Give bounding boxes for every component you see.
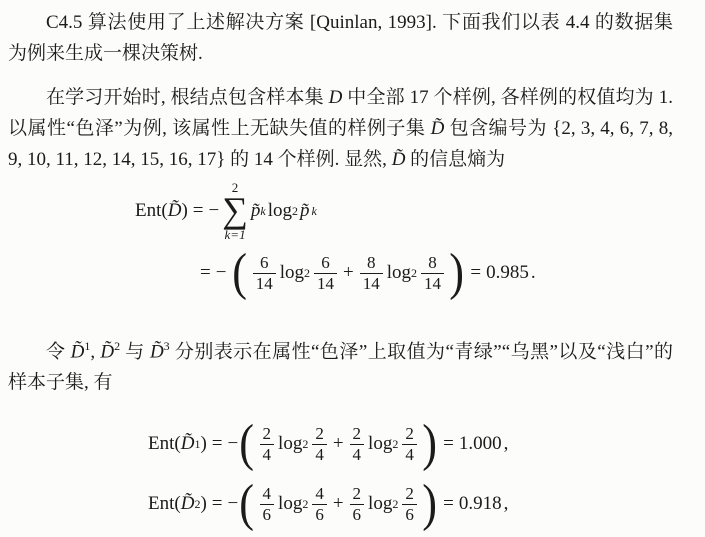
fraction-numerator: 4 bbox=[312, 484, 327, 504]
log-base-subscript: 2 bbox=[392, 497, 398, 512]
minus-sign: − bbox=[209, 200, 220, 222]
ent-function-label: Ent bbox=[148, 493, 174, 515]
log-label: log bbox=[387, 262, 411, 284]
fraction-denominator: 6 bbox=[350, 504, 365, 525]
d-tilde-variable: D̃ bbox=[150, 341, 164, 362]
fraction-numerator: 4 bbox=[260, 484, 275, 504]
fraction: 24 bbox=[260, 424, 275, 464]
fraction-numerator: 2 bbox=[312, 424, 327, 444]
fraction-denominator: 4 bbox=[260, 444, 275, 465]
equals-sign: = bbox=[212, 433, 223, 455]
fraction-numerator: 2 bbox=[260, 424, 275, 444]
paragraph-text: 的信息熵为 bbox=[405, 149, 505, 170]
d-tilde-variable: D̃ bbox=[431, 118, 445, 139]
equals-sign: = bbox=[193, 200, 204, 222]
result-value: 0.985 bbox=[486, 262, 529, 284]
equation-line-1: Ent(D̃) = − 2 ∑ k=1 p̃k log2 p̃k bbox=[135, 183, 673, 239]
sum-lower-limit: k=1 bbox=[225, 228, 246, 241]
fraction: 24 bbox=[402, 424, 417, 464]
fraction-numerator: 8 bbox=[364, 253, 379, 273]
log-label: log bbox=[368, 433, 392, 455]
plus-sign: + bbox=[333, 433, 344, 455]
equation-ent-d1: Ent(D̃1) = − ( 24 log2 24 + 24 log2 24 )… bbox=[148, 416, 673, 472]
close-paren: ) bbox=[181, 200, 187, 222]
fraction-numerator: 6 bbox=[318, 253, 333, 273]
fraction-numerator: 6 bbox=[257, 253, 272, 273]
fraction: 814 bbox=[421, 253, 444, 293]
fraction-denominator: 14 bbox=[360, 273, 383, 294]
fraction-numerator: 2 bbox=[350, 484, 365, 504]
fraction-numerator: 2 bbox=[402, 484, 417, 504]
k-subscript: k bbox=[312, 204, 317, 219]
equation-line-2: = − ( 614 log2 614 + 814 log2 814 ) = 0.… bbox=[200, 247, 673, 299]
log-base-subscript: 2 bbox=[411, 266, 417, 281]
paragraph-text: 在学习开始时, 根结点包含样本集 bbox=[46, 87, 329, 108]
trailing-punct: , bbox=[504, 433, 509, 455]
ent-function-label: Ent bbox=[135, 200, 161, 222]
log-base-subscript: 2 bbox=[304, 266, 310, 281]
d-variable: D bbox=[329, 87, 343, 108]
book-page: C4.5 算法使用了上述解决方案 [Quinlan, 1993]. 下面我们以表… bbox=[0, 0, 705, 537]
d-tilde-variable: D̃ bbox=[168, 200, 182, 222]
fraction-denominator: 6 bbox=[312, 504, 327, 525]
fraction-numerator: 2 bbox=[402, 424, 417, 444]
paragraph-text: 包含编号为 bbox=[444, 118, 552, 139]
fraction-denominator: 6 bbox=[260, 504, 275, 525]
log-base-subscript: 2 bbox=[292, 204, 298, 219]
fraction: 26 bbox=[402, 484, 417, 524]
paragraph-text: C4.5 算法使用了上述解决方案 [Quinlan, 1993]. 下面我们以表… bbox=[8, 12, 673, 64]
paragraph-root-node: 在学习开始时, 根结点包含样本集 D 中全部 17 个样例, 各样例的权值均为 … bbox=[8, 82, 673, 175]
result-value: 1.000 bbox=[459, 433, 502, 455]
fraction-denominator: 4 bbox=[350, 444, 365, 465]
d-tilde-variable: D̃ bbox=[392, 149, 406, 170]
paragraph-text: , bbox=[90, 341, 100, 362]
equals-sign: = bbox=[200, 262, 211, 284]
fraction: 814 bbox=[360, 253, 383, 293]
equals-sign: = bbox=[212, 493, 223, 515]
d-tilde-variable: D̃ bbox=[181, 433, 195, 455]
equation-group-subsets: Ent(D̃1) = − ( 24 log2 24 + 24 log2 24 )… bbox=[8, 416, 673, 532]
fraction: 614 bbox=[253, 253, 276, 293]
minus-sign: − bbox=[228, 493, 239, 515]
close-paren: ) bbox=[200, 493, 206, 515]
fraction-denominator: 14 bbox=[421, 273, 444, 294]
p-tilde-variable: p̃ bbox=[300, 200, 310, 222]
equation-ent-d2: Ent(D̃2) = − ( 46 log2 46 + 26 log2 26 )… bbox=[148, 476, 673, 532]
minus-sign: − bbox=[228, 433, 239, 455]
log-label: log bbox=[368, 493, 392, 515]
equals-sign: = bbox=[443, 493, 454, 515]
fraction: 24 bbox=[312, 424, 327, 464]
summation-symbol: ∑ bbox=[222, 195, 248, 226]
d-tilde-variable: D̃ bbox=[100, 341, 114, 362]
fraction-denominator: 4 bbox=[312, 444, 327, 465]
paragraph-text: 令 bbox=[46, 341, 71, 362]
log-base-subscript: 2 bbox=[392, 437, 398, 452]
log-label: log bbox=[268, 200, 292, 222]
result-value: 0.918 bbox=[459, 493, 502, 515]
paragraph-text: 的 14 个样例. 显然, bbox=[225, 149, 391, 170]
log-base-subscript: 2 bbox=[302, 497, 308, 512]
fraction-denominator: 14 bbox=[314, 273, 337, 294]
d-tilde-variable: D̃ bbox=[71, 341, 85, 362]
log-base-subscript: 2 bbox=[302, 437, 308, 452]
fraction-denominator: 6 bbox=[402, 504, 417, 525]
fraction-numerator: 2 bbox=[350, 424, 365, 444]
log-label: log bbox=[278, 433, 302, 455]
summation: 2 ∑ k=1 bbox=[222, 181, 248, 241]
fraction: 614 bbox=[314, 253, 337, 293]
fraction-denominator: 14 bbox=[253, 273, 276, 294]
log-label: log bbox=[278, 493, 302, 515]
fraction-denominator: 4 bbox=[402, 444, 417, 465]
fraction: 26 bbox=[350, 484, 365, 524]
paragraph-c45-intro: C4.5 算法使用了上述解决方案 [Quinlan, 1993]. 下面我们以表… bbox=[8, 7, 673, 69]
paragraph-subsets: 令 D̃1, D̃2 与 D̃3 分别表示在属性“色泽”上取值为“青绿”“乌黑”… bbox=[8, 331, 673, 398]
log-label: log bbox=[280, 262, 304, 284]
equation-ent-d: Ent(D̃) = − 2 ∑ k=1 p̃k log2 p̃k = − ( 6… bbox=[8, 183, 673, 299]
close-paren: ) bbox=[200, 433, 206, 455]
fraction-numerator: 8 bbox=[425, 253, 440, 273]
fraction: 46 bbox=[312, 484, 327, 524]
ent-function-label: Ent bbox=[148, 433, 174, 455]
plus-sign: + bbox=[343, 262, 354, 284]
fraction: 46 bbox=[260, 484, 275, 524]
fraction: 24 bbox=[350, 424, 365, 464]
minus-sign: − bbox=[216, 262, 227, 284]
plus-sign: + bbox=[333, 493, 344, 515]
trailing-punct: . bbox=[531, 262, 536, 284]
paragraph-text: 与 bbox=[120, 341, 150, 362]
trailing-punct: , bbox=[504, 493, 509, 515]
d-tilde-variable: D̃ bbox=[181, 493, 195, 515]
equals-sign: = bbox=[470, 262, 481, 284]
p-tilde-variable: p̃ bbox=[251, 200, 261, 222]
k-subscript: k bbox=[260, 204, 265, 219]
equals-sign: = bbox=[443, 433, 454, 455]
